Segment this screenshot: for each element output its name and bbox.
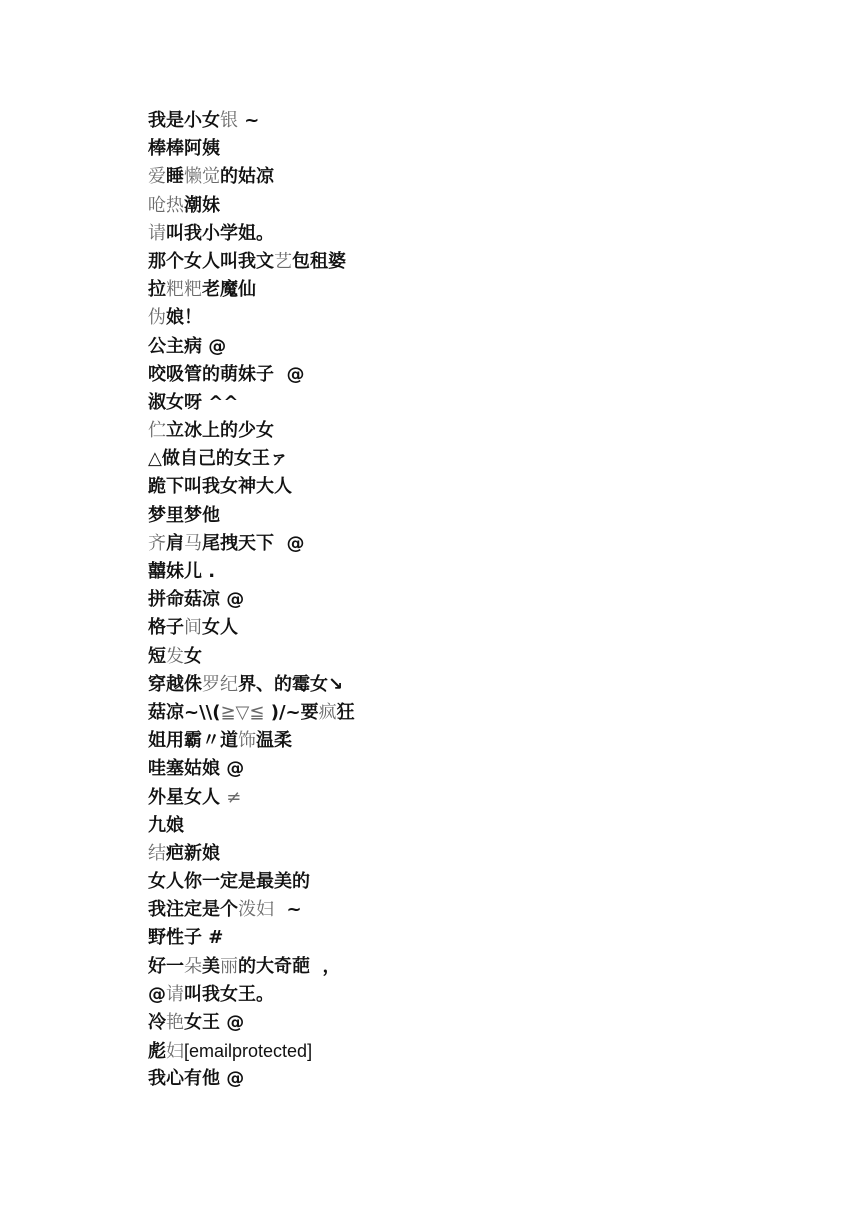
nickname-text-segment: 美 xyxy=(202,956,220,977)
nickname-text-segment: 的大奇葩 ， xyxy=(238,956,341,977)
nickname-text-segment: 间 xyxy=(184,617,202,638)
nickname-text-segment: 我是小女 xyxy=(148,110,220,131)
nickname-text-segment: ≧▽≦ xyxy=(220,702,264,723)
nickname-line: 姐用霸〃道饰温柔 xyxy=(148,727,355,755)
nickname-line: 外星女人 ≠ xyxy=(148,784,355,812)
nickname-line: 野性子 # xyxy=(148,924,355,952)
nickname-line: 淑女呀 ^^ xyxy=(148,389,355,417)
nickname-text-segment: ~ xyxy=(274,899,302,920)
nickname-line: 格子间女人 xyxy=(148,614,355,642)
nickname-text-segment: △做自己的女王ァ xyxy=(148,448,288,469)
nickname-text-segment: 睡 xyxy=(166,166,184,187)
nickname-text-segment: 罗纪 xyxy=(202,674,238,695)
nickname-line: 穿越侏罗纪界、的霉女↘ xyxy=(148,671,355,699)
nickname-text-segment: 尾拽天下 @ xyxy=(202,533,305,554)
nickname-text-segment: 丽 xyxy=(220,956,238,977)
nickname-line: 我注定是个泼妇 ~ xyxy=(148,896,355,924)
nickname-text-segment: 伪 xyxy=(148,307,166,328)
nickname-line: 棒棒阿姨 xyxy=(148,135,355,163)
nickname-text-segment: 拼命菇凉 @ xyxy=(148,589,244,610)
nickname-text-segment: 娘！ xyxy=(166,307,202,328)
nickname-text-segment: 叫我女王。 xyxy=(184,984,274,1005)
nickname-text-segment: 女人你一定是最美的 xyxy=(148,871,310,892)
nickname-line: 结疤新娘 xyxy=(148,840,355,868)
nickname-text-segment: 粑粑 xyxy=(166,279,202,300)
document-page: 我是小女银 ~棒棒阿姨爱睡懒觉的姑凉呛热潮妹请叫我小学姐。那个女人叫我文艺包租婆… xyxy=(0,0,860,1218)
nickname-text-segment: 齐 xyxy=(148,533,166,554)
nickname-line: 拉粑粑老魔仙 xyxy=(148,276,355,304)
nickname-text-segment: 界、的霉女↘ xyxy=(238,674,343,695)
nickname-text-segment: 菇凉~\\( xyxy=(148,702,220,723)
nickname-line: 伫立冰上的少女 xyxy=(148,417,355,445)
nickname-text-segment: 拉 xyxy=(148,279,166,300)
nickname-text-segment: 妇 xyxy=(166,1041,184,1062)
nickname-text-segment: 我注定是个 xyxy=(148,899,238,920)
nickname-text-segment: 伫 xyxy=(148,420,166,441)
nickname-text-segment: 哇塞姑娘 @ xyxy=(148,758,244,779)
nickname-text-segment: 艳 xyxy=(166,1012,184,1033)
nickname-text-segment: 淑女呀 ^^ xyxy=(148,392,238,413)
nickname-text-segment: 爱 xyxy=(148,166,166,187)
nickname-text-segment: 温柔 xyxy=(256,730,292,751)
nickname-text-segment: 懒觉 xyxy=(184,166,220,187)
nickname-text-segment: ~ xyxy=(238,110,259,131)
nickname-line: 跪下叫我女神大人 xyxy=(148,473,355,501)
nickname-line: △做自己的女王ァ xyxy=(148,445,355,473)
nickname-line: 短发女 xyxy=(148,643,355,671)
nickname-text-segment: 叫我小学姐。 xyxy=(166,223,274,244)
nickname-text-segment: 彪 xyxy=(148,1041,166,1062)
nickname-text-segment: 梦里梦他 xyxy=(148,505,220,526)
nickname-text-segment: 姐用霸〃道 xyxy=(148,730,238,751)
nickname-line: 菇凉~\\(≧▽≦ )/~要疯狂 xyxy=(148,699,355,727)
nickname-text-segment: 咬吸管的萌妹子 @ xyxy=(148,364,305,385)
nickname-text-segment: )/~要 xyxy=(264,702,318,723)
nickname-line: 请叫我小学姐。 xyxy=(148,220,355,248)
nickname-text-segment: 穿越侏 xyxy=(148,674,202,695)
nickname-line: 那个女人叫我文艺包租婆 xyxy=(148,248,355,276)
nickname-text-segment: 狂 xyxy=(337,702,355,723)
nickname-line: 九娘 xyxy=(148,812,355,840)
nickname-text-segment: 九娘 xyxy=(148,815,184,836)
nickname-line: 冷艳女王 @ xyxy=(148,1009,355,1037)
nickname-text-segment: 外星女人 xyxy=(148,787,226,808)
nickname-text-segment: 马 xyxy=(184,533,202,554)
nickname-text-segment: 肩 xyxy=(166,533,184,554)
nickname-text-segment: 立冰上的少女 xyxy=(166,420,274,441)
nickname-list: 我是小女银 ~棒棒阿姨爱睡懒觉的姑凉呛热潮妹请叫我小学姐。那个女人叫我文艺包租婆… xyxy=(148,107,355,1094)
nickname-text-segment: [emailprotected] xyxy=(184,1041,312,1061)
nickname-text-segment: 朵 xyxy=(184,956,202,977)
nickname-text-segment: 包租婆 xyxy=(292,251,346,272)
nickname-text-segment: 野性子 # xyxy=(148,927,223,948)
nickname-line: 梦里梦他 xyxy=(148,502,355,530)
nickname-text-segment: 呛热 xyxy=(148,195,184,216)
nickname-line: 爱睡懒觉的姑凉 xyxy=(148,163,355,191)
nickname-text-segment: 银 xyxy=(220,110,238,131)
nickname-text-segment: 冷 xyxy=(148,1012,166,1033)
nickname-text-segment: 请 xyxy=(148,223,166,244)
nickname-text-segment: 艺 xyxy=(274,251,292,272)
nickname-text-segment: 囍妹儿 . xyxy=(148,561,215,582)
nickname-text-segment: 疤新娘 xyxy=(166,843,220,864)
nickname-line: 彪妇[emailprotected] xyxy=(148,1037,355,1065)
nickname-text-segment: 疯 xyxy=(319,702,337,723)
nickname-text-segment: 公主病 @ xyxy=(148,336,226,357)
nickname-line: 女人你一定是最美的 xyxy=(148,868,355,896)
nickname-text-segment: 饰 xyxy=(238,730,256,751)
nickname-text-segment: 短 xyxy=(148,646,166,667)
nickname-line: 公主病 @ xyxy=(148,333,355,361)
nickname-text-segment: 的姑凉 xyxy=(220,166,274,187)
nickname-line: 伪娘！ xyxy=(148,304,355,332)
nickname-text-segment: 泼妇 xyxy=(238,899,274,920)
nickname-text-segment: ≠ xyxy=(226,787,241,808)
nickname-text-segment: 老魔仙 xyxy=(202,279,256,300)
nickname-text-segment: 格子 xyxy=(148,617,184,638)
nickname-line: 我是小女银 ~ xyxy=(148,107,355,135)
nickname-text-segment: 我心有他 @ xyxy=(148,1068,244,1089)
nickname-text-segment: 潮妹 xyxy=(184,195,220,216)
nickname-line: 呛热潮妹 xyxy=(148,192,355,220)
nickname-text-segment: 女王 @ xyxy=(184,1012,244,1033)
nickname-text-segment: 棒棒阿姨 xyxy=(148,138,220,159)
nickname-text-segment: 女 xyxy=(184,646,202,667)
nickname-line: 齐肩马尾拽天下 @ xyxy=(148,530,355,558)
nickname-text-segment: 发 xyxy=(166,646,184,667)
nickname-text-segment: 女人 xyxy=(202,617,238,638)
nickname-text-segment: @ xyxy=(148,984,166,1005)
nickname-line: 好一朵美丽的大奇葩 ， xyxy=(148,953,355,981)
nickname-text-segment: 请 xyxy=(166,984,184,1005)
nickname-line: 拼命菇凉 @ xyxy=(148,586,355,614)
nickname-line: 咬吸管的萌妹子 @ xyxy=(148,361,355,389)
nickname-text-segment: 结 xyxy=(148,843,166,864)
nickname-line: 哇塞姑娘 @ xyxy=(148,755,355,783)
nickname-text-segment: 那个女人叫我文 xyxy=(148,251,274,272)
nickname-line: @请叫我女王。 xyxy=(148,981,355,1009)
nickname-text-segment: 跪下叫我女神大人 xyxy=(148,476,292,497)
nickname-line: 囍妹儿 . xyxy=(148,558,355,586)
nickname-line: 我心有他 @ xyxy=(148,1065,355,1093)
nickname-text-segment: 好一 xyxy=(148,956,184,977)
